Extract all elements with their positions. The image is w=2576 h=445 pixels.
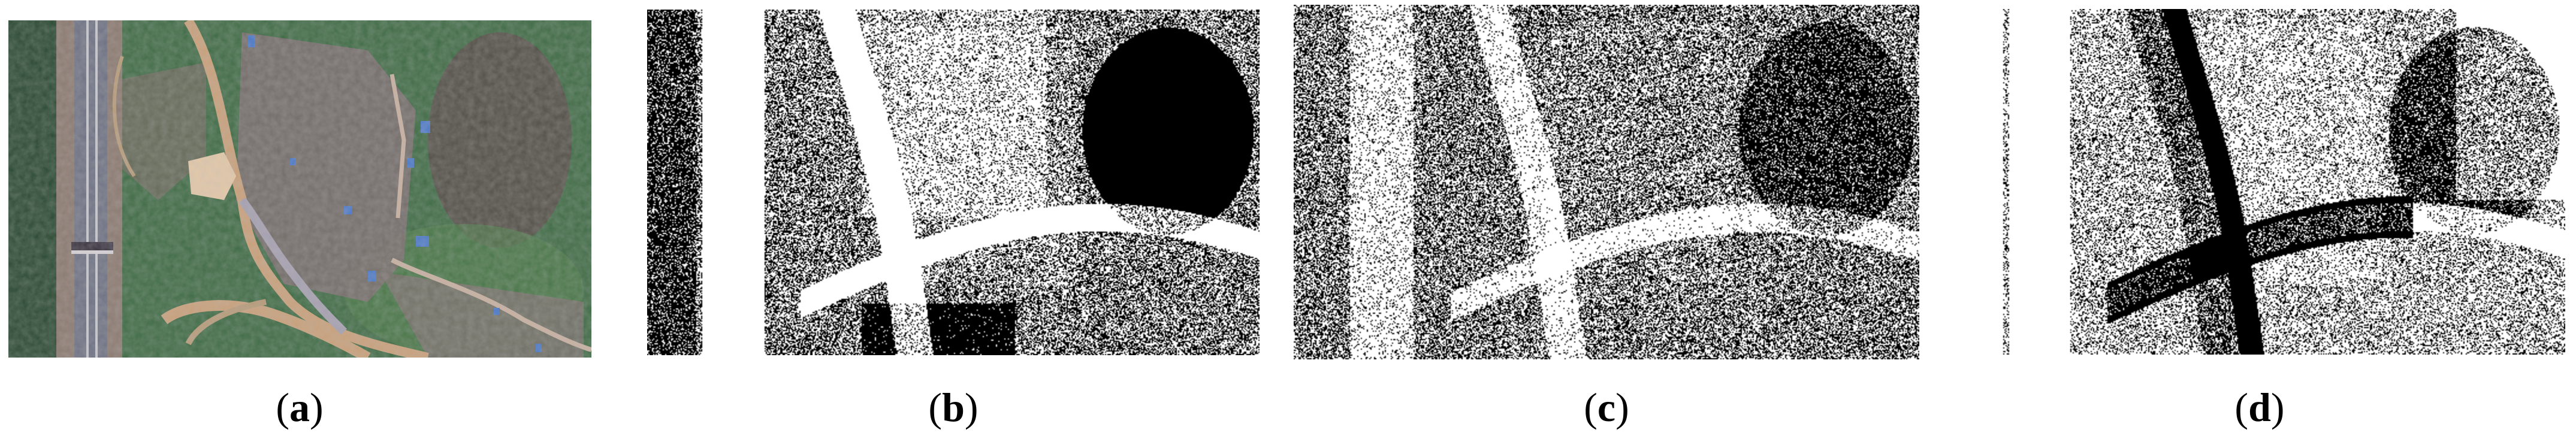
label-letter: a bbox=[289, 385, 310, 430]
panel-label-d: (d) bbox=[2200, 383, 2320, 431]
label-letter: c bbox=[1597, 385, 1615, 430]
panel-label-b: (b) bbox=[893, 383, 1013, 431]
binary-map-panel-d bbox=[1954, 9, 2565, 355]
binary-map-panel-c bbox=[1294, 5, 1919, 359]
label-letter: d bbox=[2248, 385, 2271, 430]
paren-open: ( bbox=[276, 385, 289, 430]
paren-open: ( bbox=[1584, 385, 1597, 430]
paren-close: ) bbox=[310, 385, 324, 430]
aerial-image bbox=[8, 20, 591, 358]
binary-map-c bbox=[1294, 5, 1919, 359]
panel-label-a: (a) bbox=[240, 383, 360, 431]
paren-open: ( bbox=[928, 385, 942, 430]
paren-close: ) bbox=[1615, 385, 1629, 430]
binary-map-b bbox=[647, 10, 1260, 355]
paren-open: ( bbox=[2234, 385, 2248, 430]
paren-close: ) bbox=[965, 385, 979, 430]
label-letter: b bbox=[942, 385, 965, 430]
aerial-image-panel bbox=[8, 20, 591, 358]
binary-map-d bbox=[1954, 9, 2565, 355]
panel-label-c: (c) bbox=[1547, 383, 1666, 431]
paren-close: ) bbox=[2271, 385, 2285, 430]
binary-map-panel-b bbox=[647, 10, 1260, 355]
